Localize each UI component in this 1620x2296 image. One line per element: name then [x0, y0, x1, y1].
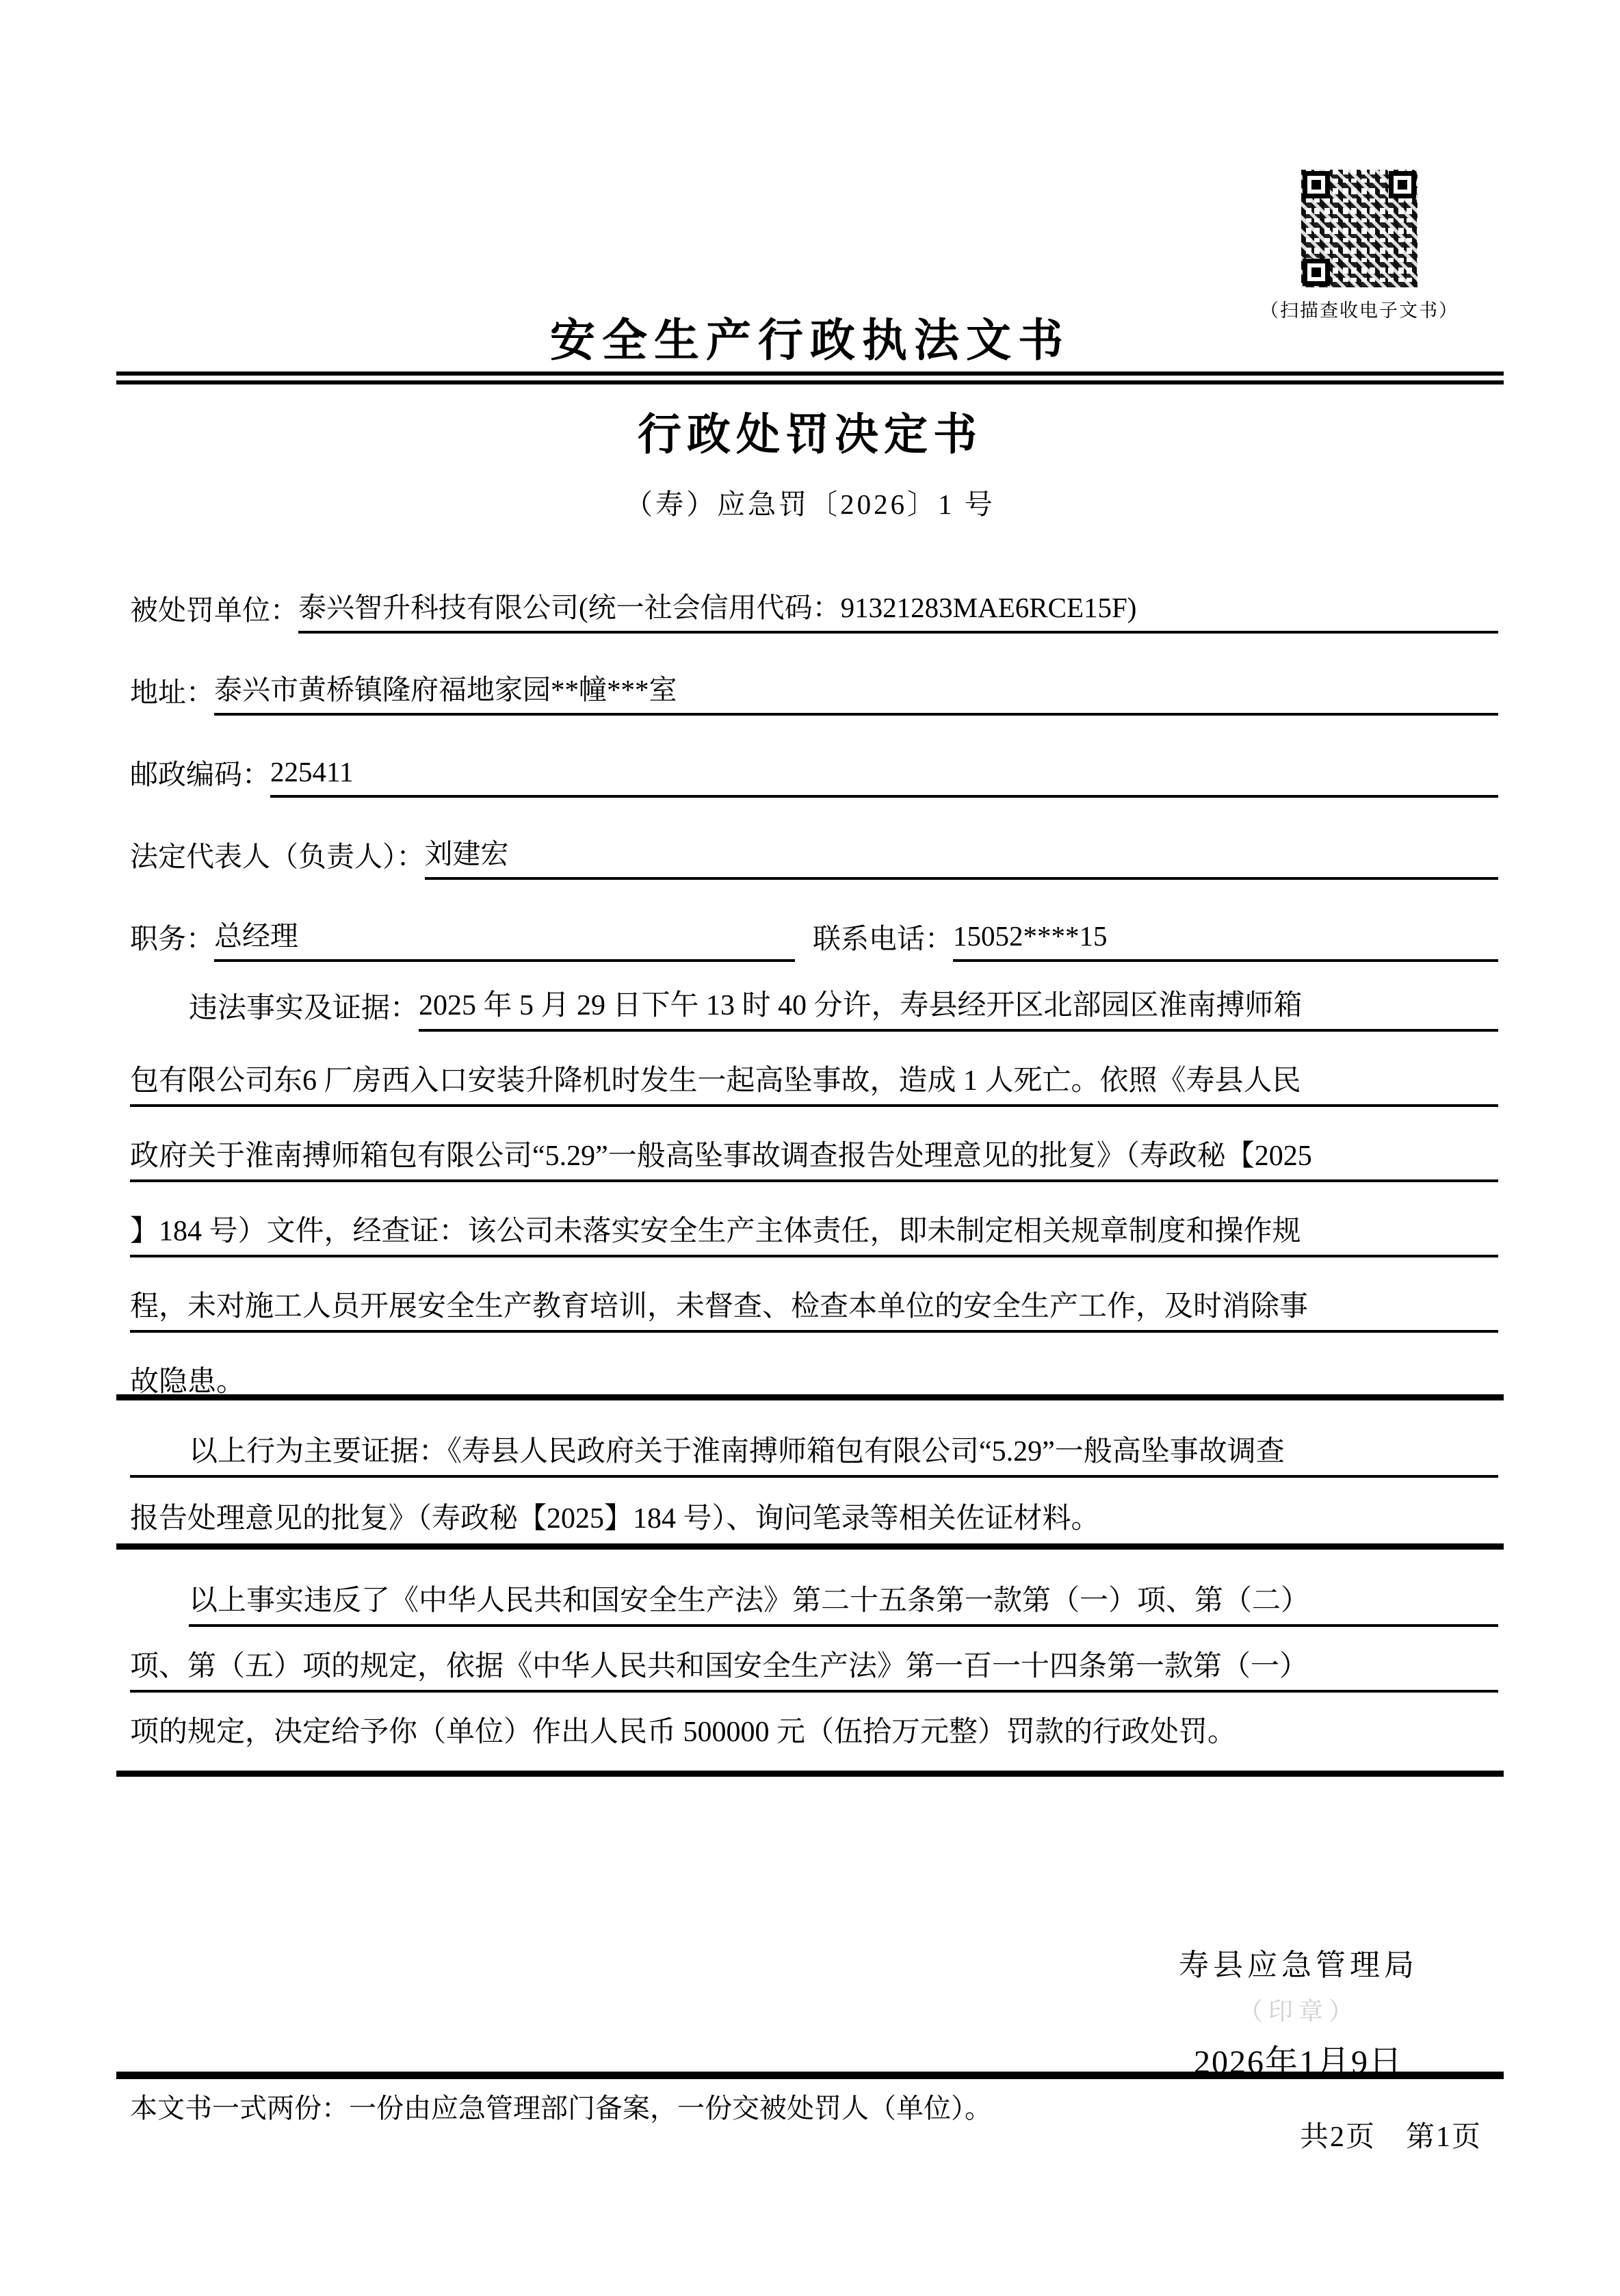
field-phone-label: 联系电话：	[813, 921, 953, 962]
section-divider	[116, 1543, 1504, 1550]
field-position-label: 职务：	[130, 921, 214, 962]
ruling-line-3: 项的规定，决定给予你（单位）作出人民币 500000 元（伍拾万元整）罚款的行政…	[130, 1714, 1498, 1756]
footer-divider	[116, 2072, 1504, 2079]
footer-note: 本文书一式两份：一份由应急管理部门备案，一份交被处罚人（单位）。	[130, 2087, 1498, 2126]
signature-block: 寿县应急管理局 （印章） 2026年1月9日	[1093, 1940, 1504, 2083]
violation-line-4: 】184 号）文件，经查证：该公司未落实安全生产主体责任，即未制定相关规章制度和…	[130, 1214, 1498, 1257]
doc-title: 行政处罚决定书	[0, 400, 1620, 462]
ruling-line-2-text: 项、第（五）项的规定，依据《中华人民共和国安全生产法》第一百一十四条第一款第（一…	[130, 1649, 1498, 1693]
evidence-line-1-text: 以上行为主要证据：《寿县人民政府关于淮南搏师箱包有限公司“5.29”一般高坠事故…	[130, 1434, 1498, 1478]
seal-placeholder: （印章）	[1093, 1992, 1504, 2027]
field-postcode-label: 邮政编码：	[130, 757, 270, 798]
evidence-line-1: 以上行为主要证据：《寿县人民政府关于淮南搏师箱包有限公司“5.29”一般高坠事故…	[130, 1434, 1498, 1478]
field-legal-rep: 法定代表人（负责人）： 刘建宏	[130, 836, 1498, 880]
violation-line-1-text: 2025 年 5 月 29 日下午 13 时 40 分许，寿县经开区北部园区淮南…	[419, 988, 1498, 1032]
field-address: 地址： 泰兴市黄桥镇隆府福地家园**幢***室	[130, 672, 1498, 716]
violation-line-2: 包有限公司东6 厂房西入口安装升降机时发生一起高坠事故，造成 1 人死亡。依照《…	[130, 1063, 1498, 1107]
issuing-agency: 寿县应急管理局	[1093, 1940, 1504, 1984]
penalty-decision-page: （扫描查收电子文书） 安全生产行政执法文书 行政处罚决定书 （寿）应急罚〔202…	[0, 0, 1620, 2296]
field-position: 职务： 总经理	[130, 918, 795, 962]
field-legal-rep-label: 法定代表人（负责人）：	[130, 839, 425, 880]
fields-section: 被处罚单位： 泰兴智升科技有限公司(统一社会信用代码：91321283MAE6R…	[130, 590, 1498, 1000]
violation-line-5-text: 程，未对施工人员开展安全生产教育培训，未督查、检查本单位的安全生产工作，及时消除…	[130, 1289, 1498, 1333]
ruling-paragraph: 以上事实违反了《中华人民共和国安全生产法》第二十五条第一款第（一）项、第（二） …	[130, 1583, 1498, 1777]
violation-line-4-text: 】184 号）文件，经查证：该公司未落实安全生产主体责任，即未制定相关规章制度和…	[130, 1214, 1498, 1257]
violation-line-3-text: 政府关于淮南搏师箱包有限公司“5.29”一般高坠事故调查报告处理意见的批复》（寿…	[130, 1138, 1498, 1182]
field-address-value: 泰兴市黄桥镇隆府福地家园**幢***室	[214, 672, 1498, 716]
field-unit-label: 被处罚单位：	[130, 592, 298, 634]
evidence-line-2-text: 报告处理意见的批复》（寿政秘【2025】184 号）、询问笔录等相关佐证材料。	[130, 1501, 1498, 1542]
qr-finder-icon	[1303, 259, 1330, 286]
section-divider	[116, 1394, 1504, 1400]
page-number: 共2页 第1页	[1300, 2114, 1482, 2155]
qr-code	[1301, 170, 1417, 287]
violation-line-1: 违法事实及证据： 2025 年 5 月 29 日下午 13 时 40 分许，寿县…	[130, 988, 1498, 1032]
violation-label: 违法事实及证据：	[189, 991, 419, 1032]
doc-number: （寿）应急罚〔2026〕1 号	[0, 482, 1620, 522]
field-phone-value: 15052****15	[953, 918, 1498, 962]
ruling-line-2: 项、第（五）项的规定，依据《中华人民共和国安全生产法》第一百一十四条第一款第（一…	[130, 1649, 1498, 1693]
violation-line-3: 政府关于淮南搏师箱包有限公司“5.29”一般高坠事故调查报告处理意见的批复》（寿…	[130, 1138, 1498, 1182]
violation-paragraph: 违法事实及证据： 2025 年 5 月 29 日下午 13 时 40 分许，寿县…	[130, 988, 1498, 1437]
field-phone: 联系电话： 15052****15	[813, 918, 1498, 962]
field-address-label: 地址：	[130, 675, 214, 716]
field-unit-value: 泰兴智升科技有限公司(统一社会信用代码：91321283MAE6RCE15F)	[298, 590, 1498, 634]
field-unit: 被处罚单位： 泰兴智升科技有限公司(统一社会信用代码：91321283MAE6R…	[130, 590, 1498, 634]
ruling-line-1-text: 以上事实违反了《中华人民共和国安全生产法》第二十五条第一款第（一）项、第（二）	[189, 1583, 1498, 1627]
evidence-line-2: 报告处理意见的批复》（寿政秘【2025】184 号）、询问笔录等相关佐证材料。	[130, 1501, 1498, 1542]
field-postcode-value: 225411	[270, 754, 1498, 798]
violation-line-2-text: 包有限公司东6 厂房西入口安装升降机时发生一起高坠事故，造成 1 人死亡。依照《…	[130, 1063, 1498, 1107]
ruling-line-3-text: 项的规定，决定给予你（单位）作出人民币 500000 元（伍拾万元整）罚款的行政…	[130, 1714, 1498, 1756]
qr-finder-icon	[1389, 171, 1416, 198]
field-row-position-phone: 职务： 总经理 联系电话： 15052****15	[130, 918, 1498, 962]
field-position-value: 总经理	[214, 918, 795, 962]
qr-finder-icon	[1303, 171, 1330, 198]
ruling-line-1: 以上事实违反了《中华人民共和国安全生产法》第二十五条第一款第（一）项、第（二）	[130, 1583, 1498, 1627]
double-rule	[116, 371, 1504, 384]
section-divider	[116, 1771, 1504, 1777]
field-postcode: 邮政编码： 225411	[130, 754, 1498, 798]
violation-line-5: 程，未对施工人员开展安全生产教育培训，未督查、检查本单位的安全生产工作，及时消除…	[130, 1289, 1498, 1333]
field-legal-rep-value: 刘建宏	[425, 836, 1499, 880]
header-title: 安全生产行政执法文书	[0, 304, 1620, 369]
